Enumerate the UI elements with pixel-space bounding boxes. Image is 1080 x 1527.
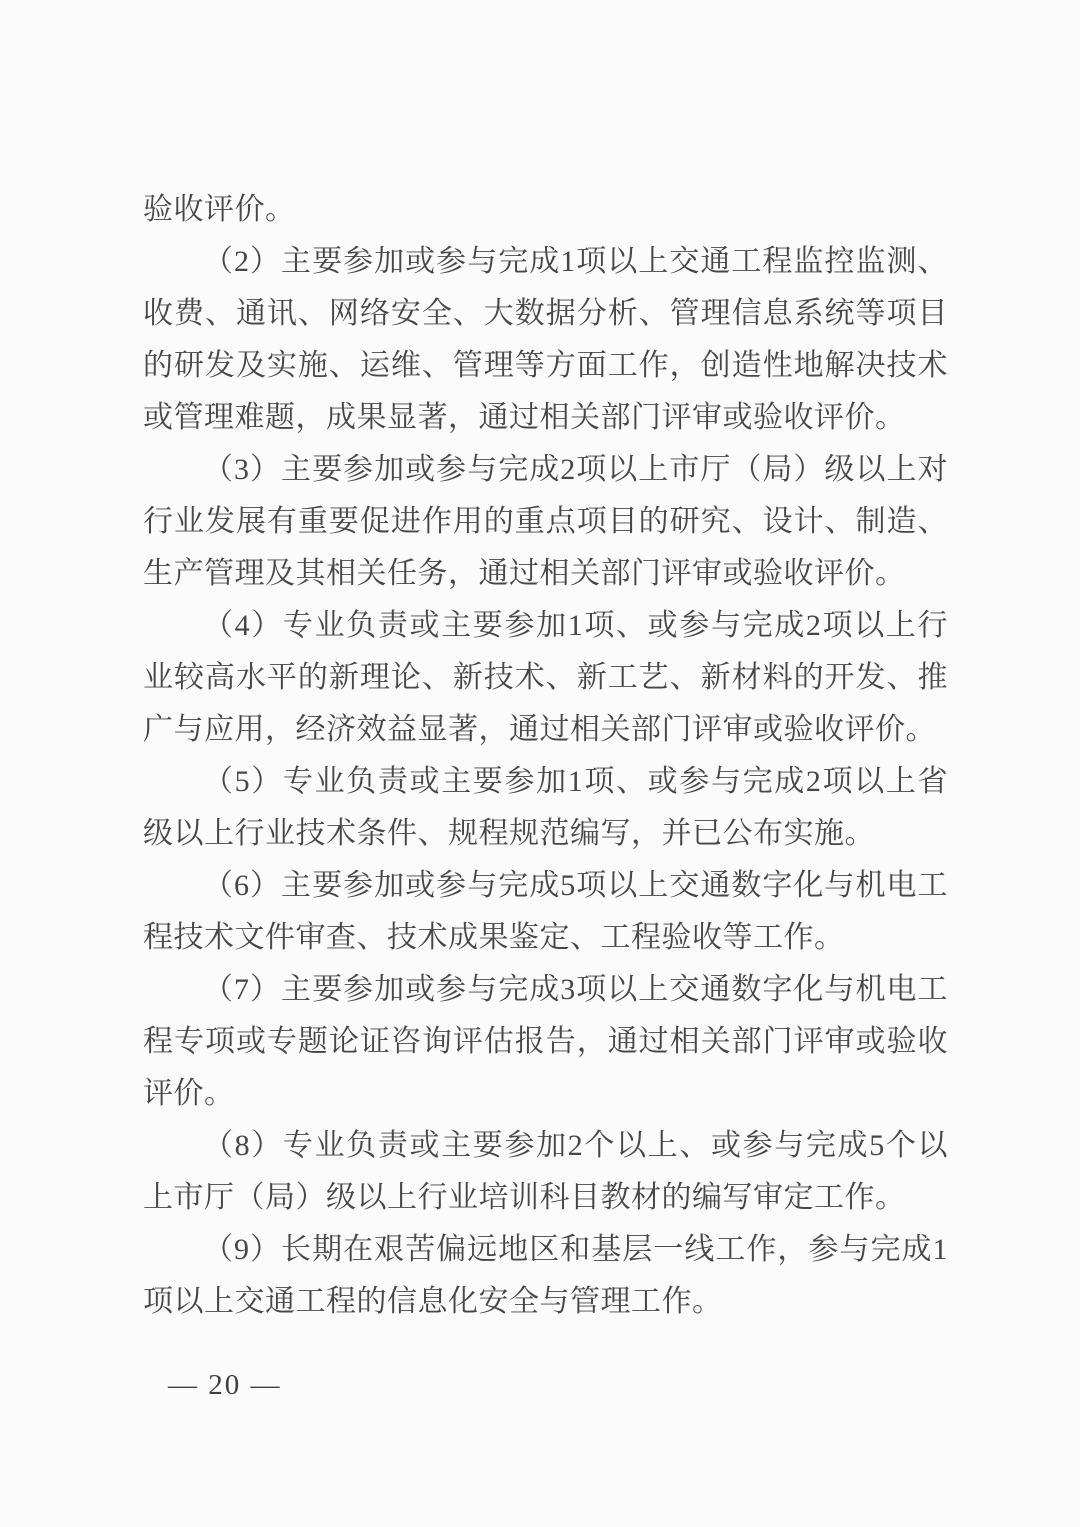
paragraph-item-3: （3）主要参加或参与完成2项以上市厅（局）级以上对行业发展有重要促进作用的重点项… xyxy=(143,444,948,600)
paragraph-item-2: （2）主要参加或参与完成1项以上交通工程监控监测、收费、通讯、网络安全、大数据分… xyxy=(143,236,948,444)
paragraph-item-6: （6）主要参加或参与完成5项以上交通数字化与机电工程技术文件审查、技术成果鉴定、… xyxy=(143,860,948,964)
paragraph-item-7: （7）主要参加或参与完成3项以上交通数字化与机电工程专项或专题论证咨询评估报告，… xyxy=(143,964,948,1120)
paragraph-continuation: 验收评价。 xyxy=(143,184,948,236)
text-block: 验收评价。 （2）主要参加或参与完成1项以上交通工程监控监测、收费、通讯、网络安… xyxy=(143,184,948,1328)
paragraph-item-8: （8）专业负责或主要参加2个以上、或参与完成5个以上市厅（局）级以上行业培训科目… xyxy=(143,1120,948,1224)
page-number: — 20 — xyxy=(168,1368,282,1402)
paragraph-item-4: （4）专业负责或主要参加1项、或参与完成2项以上行业较高水平的新理论、新技术、新… xyxy=(143,600,948,756)
paragraph-item-9: （9）长期在艰苦偏远地区和基层一线工作，参与完成1项以上交通工程的信息化安全与管… xyxy=(143,1224,948,1328)
paragraph-item-5: （5）专业负责或主要参加1项、或参与完成2项以上省级以上行业技术条件、规程规范编… xyxy=(143,756,948,860)
document-page: 验收评价。 （2）主要参加或参与完成1项以上交通工程监控监测、收费、通讯、网络安… xyxy=(0,0,1080,1527)
